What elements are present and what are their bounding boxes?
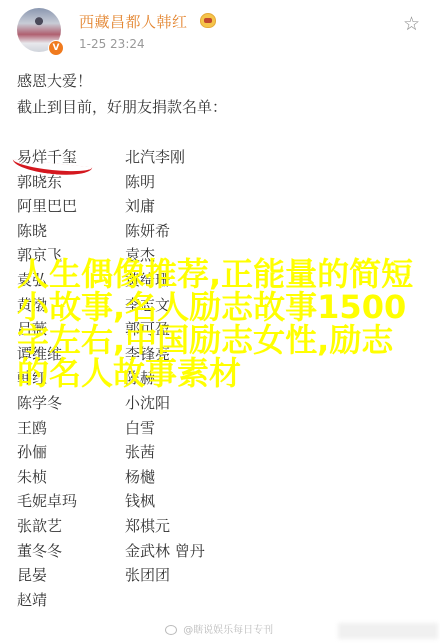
donor-name-left: 阿里巴巴: [17, 194, 77, 218]
donor-name-right: 郑棋元: [125, 514, 170, 538]
blurred-region: [338, 623, 438, 639]
donor-name-left: 孙俪: [17, 440, 47, 464]
watermark: @瞎说娱乐每日专刊: [165, 621, 273, 636]
donor-row: 赵靖: [17, 588, 417, 613]
donor-name-right: 刘庸: [125, 194, 155, 218]
post-timestamp: 1-25 23:24: [79, 37, 145, 51]
donor-name-right: 白雪: [125, 416, 155, 440]
donor-row: 朱桢杨樾: [17, 465, 417, 490]
donor-row: 阿里巴巴刘庸: [17, 194, 417, 219]
donor-row: 张歆艺郑棋元: [17, 514, 417, 539]
donor-name-left: 朱桢: [17, 465, 47, 489]
body-line-thanks: 感恩大爱！: [17, 68, 427, 94]
verified-badge-icon: V: [48, 40, 64, 56]
weibo-icon: [165, 625, 177, 635]
crown-icon: [200, 13, 216, 28]
donor-name-right: 陈妍希: [125, 219, 170, 243]
author-name[interactable]: 西藏昌都人韩红: [79, 11, 188, 32]
donor-row: 陈学冬小沈阳: [17, 391, 417, 416]
donor-row: 孙俪张茜: [17, 440, 417, 465]
body-line-intro: 截止到目前，好朋友捐款名单：: [17, 94, 427, 120]
donor-row: 毛妮卓玛钱枫: [17, 489, 417, 514]
post-header: V 西藏昌都人韩红 1-25 23:24 ☆: [0, 0, 440, 64]
donor-name-right: 杨樾: [125, 465, 155, 489]
star-icon[interactable]: ☆: [403, 14, 423, 34]
donor-row: 董冬冬金武林 曾丹: [17, 539, 417, 564]
donor-name-left: 赵靖: [17, 588, 47, 612]
donor-row: 陈晓陈妍希: [17, 219, 417, 244]
post-body: 感恩大爱！ 截止到目前，好朋友捐款名单：: [17, 68, 427, 120]
donor-name-left: 董冬冬: [17, 539, 62, 563]
donor-name-left: 王鸥: [17, 416, 47, 440]
donor-name-right: 张茜: [125, 440, 155, 464]
donor-name-right: 张团团: [125, 563, 170, 587]
donor-name-right: 北汽李刚: [125, 145, 185, 169]
donor-name-right: 金武林 曾丹: [125, 539, 205, 563]
donor-name-right: 钱枫: [125, 489, 155, 513]
donor-name-left: 毛妮卓玛: [17, 489, 77, 513]
donor-name-left: 陈晓: [17, 219, 47, 243]
donor-row: 王鸥白雪: [17, 416, 417, 441]
donor-name-right: 小沈阳: [125, 391, 170, 415]
donor-row: 昆晏张团团: [17, 563, 417, 588]
donor-name-left: 张歆艺: [17, 514, 62, 538]
donor-name-left: 昆晏: [17, 563, 47, 587]
donor-name-left: 陈学冬: [17, 391, 62, 415]
donor-name-right: 陈明: [125, 170, 155, 194]
overlay-headline: 人生偶像推荐,正能量的简短小故事,名人励志故事1500字左右,中国励志女性,励志…: [17, 258, 417, 390]
watermark-text: @瞎说娱乐每日专刊: [183, 625, 273, 636]
